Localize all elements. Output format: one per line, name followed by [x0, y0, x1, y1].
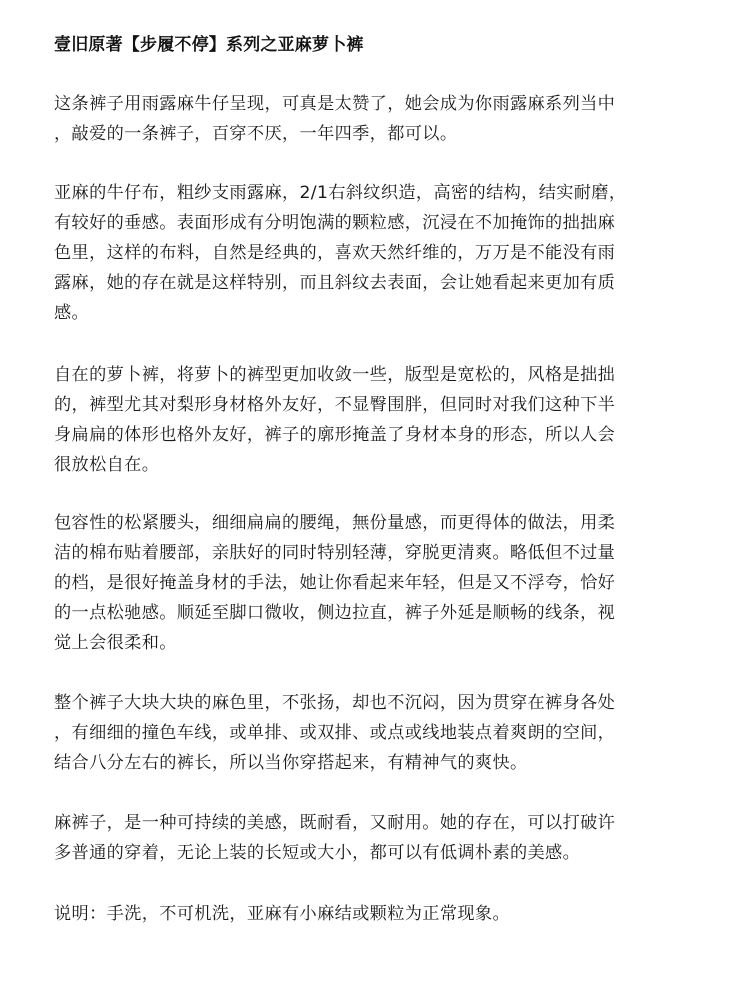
paragraph-summary: 麻裤子，是一种可持续的美感，既耐看，又耐用。她的存在，可以打破许 多普通的穿着，…	[54, 808, 734, 868]
text-line: 的档，是很好掩盖身材的手法，她让你看起来年轻，但是又不浮夸，恰好	[54, 568, 734, 598]
text-line: 这条裤子用雨露麻牛仔呈现，可真是太赞了，她会成为你雨露麻系列当中	[54, 89, 734, 119]
text-line: ，敲爱的一条裤子，百穿不厌，一年四季，都可以。	[54, 119, 734, 149]
text-line: 自在的萝卜裤，将萝卜的裤型更加收敛一些，版型是宽松的，风格是拙拙	[54, 360, 734, 390]
text-line: 结合八分左右的裤长，所以当你穿搭起来，有精神气的爽快。	[54, 748, 734, 778]
text-line: 包容性的松紧腰头，细细扁扁的腰绳，無份量感，而更得体的做法，用柔	[54, 508, 734, 538]
paragraph-details: 整个裤子大块大块的麻色里，不张扬，却也不沉闷，因为贯穿在裤身各处 ，有细细的撞色…	[54, 688, 734, 778]
text-line: 的一点松驰感。顺延至脚口微收，侧边拉直，裤子外延是顺畅的线条，视	[54, 598, 734, 628]
text-line: 觉上会很柔和。	[54, 628, 734, 658]
text-line: 整个裤子大块大块的麻色里，不张扬，却也不沉闷，因为贯穿在裤身各处	[54, 688, 734, 718]
paragraph-fabric: 亚麻的牛仔布，粗纱支雨露麻，2/1右斜纹织造，高密的结构，结实耐磨， 有较好的垂…	[54, 178, 734, 328]
text-line: 有较好的垂感。表面形成有分明饱满的颗粒感，沉浸在不加掩饰的拙拙麻	[54, 208, 734, 238]
text-line: 露麻，她的存在就是这样特别，而且斜纹去表面，会让她看起来更加有质	[54, 268, 734, 298]
text-line: 麻裤子，是一种可持续的美感，既耐看，又耐用。她的存在，可以打破许	[54, 808, 734, 838]
text-line: 的，裤型尤其对梨形身材格外友好，不显臀围胖，但同时对我们这种下半	[54, 390, 734, 420]
paragraph-fit: 自在的萝卜裤，将萝卜的裤型更加收敛一些，版型是宽松的，风格是拙拙 的，裤型尤其对…	[54, 360, 734, 480]
text-line: 亚麻的牛仔布，粗纱支雨露麻，2/1右斜纹织造，高密的结构，结实耐磨，	[54, 178, 734, 208]
text-line: 色里，这样的布料，自然是经典的，喜欢天然纤维的，万万是不能没有雨	[54, 238, 734, 268]
paragraph-care-note: 说明：手洗，不可机洗，亚麻有小麻结或颗粒为正常现象。	[54, 899, 734, 929]
paragraph-intro: 这条裤子用雨露麻牛仔呈现，可真是太赞了，她会成为你雨露麻系列当中 ，敲爱的一条裤…	[54, 89, 734, 149]
text-line: 身扁扁的体形也格外友好，裤子的廓形掩盖了身材本身的形态，所以人会	[54, 420, 734, 450]
care-instructions: 说明：手洗，不可机洗，亚麻有小麻结或颗粒为正常现象。	[54, 899, 734, 929]
document-title: 壹旧原著【步履不停】系列之亚麻萝卜裤	[54, 32, 364, 58]
text-line: 很放松自在。	[54, 450, 734, 480]
text-line: 洁的棉布贴着腰部，亲肤好的同时特别轻薄，穿脱更清爽。略低但不过量	[54, 538, 734, 568]
text-line: ，有细细的撞色车线，或单排、或双排、或点或线地装点着爽朗的空间，	[54, 718, 734, 748]
paragraph-waist: 包容性的松紧腰头，细细扁扁的腰绳，無份量感，而更得体的做法，用柔 洁的棉布贴着腰…	[54, 508, 734, 658]
text-line: 多普通的穿着，无论上装的长短或大小，都可以有低调朴素的美感。	[54, 838, 734, 868]
text-line: 感。	[54, 298, 734, 328]
